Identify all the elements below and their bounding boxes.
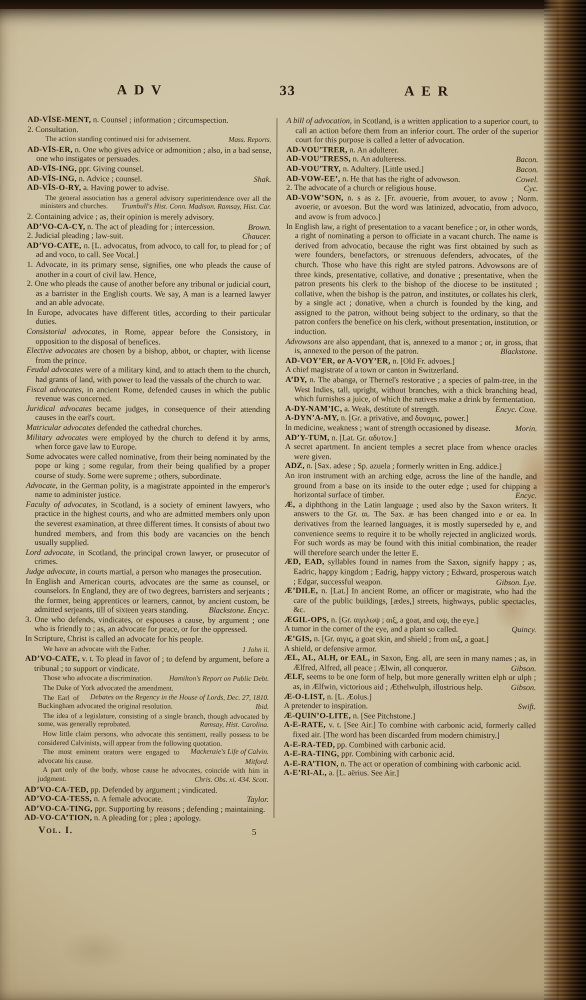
entry-headword: Æ’DILE, xyxy=(284,586,318,595)
dictionary-paragraph: Those who advocate a discrimination.Hami… xyxy=(25,674,269,684)
dictionary-paragraph: An iron instrument with an arching edge,… xyxy=(285,471,537,501)
source-attribution: Ramsay, Hist. Carolina. xyxy=(189,721,269,730)
source-attribution: Taylor. xyxy=(250,795,269,805)
entry-headword: AD’VO-CATE, xyxy=(27,241,82,250)
page-top-shadow xyxy=(0,0,586,9)
dictionary-paragraph: We have an advocate with the Father.1 Jo… xyxy=(25,645,269,655)
entry-headword: AD-VOY’ER, or A-VOY’ER, xyxy=(285,356,390,365)
source-attribution: Morin. xyxy=(518,424,537,434)
italic-lead: Fiscal advocates, xyxy=(26,385,83,394)
entry-headword: A-DY-NAM’IC, xyxy=(285,404,342,413)
dictionary-paragraph: Lord advocate, in Scotland, the principa… xyxy=(26,548,270,568)
dictionary-paragraph: AD-VĪSE-MENT, n. Counsel ; information ;… xyxy=(27,115,271,126)
dictionary-paragraph: Military advocates were employed by the … xyxy=(26,432,270,452)
entry-headword: ÆGIL-OPS, xyxy=(284,615,329,624)
dictionary-paragraph: The Duke of York advocated the amendment… xyxy=(25,684,269,694)
entry-headword: AD-VĪSE-MENT, xyxy=(27,115,91,124)
source-attribution: Hamilton's Report on Public Debt. xyxy=(158,675,269,684)
signature-mark: 5 xyxy=(252,827,257,837)
column-left: AD-VĪSE-MENT, n. Counsel ; information ;… xyxy=(24,115,271,824)
dictionary-paragraph: Judge advocate, in courts martial, a per… xyxy=(25,567,269,578)
book-photograph: ADV 33 AER AD-VĪSE-MENT, n. Counsel ; in… xyxy=(0,0,586,1000)
book-fore-edge xyxy=(544,0,586,1000)
entry-headword: A-E-RA-TED, xyxy=(284,740,335,749)
source-attribution: Quincy. xyxy=(515,625,537,635)
volume-label: Vol. I. xyxy=(38,826,73,836)
source-attribution: Mackenzie's Life of Calvin. xyxy=(180,748,269,757)
source-attribution: Blackstone. xyxy=(503,347,537,357)
dictionary-paragraph: AD-VĪS-O-RY, a. Having power to advise. xyxy=(27,183,271,194)
dictionary-paragraph: ÆD, EAD, syllables found in names from t… xyxy=(284,557,536,587)
source-attribution: Cowel. xyxy=(519,175,538,185)
dictionary-paragraph: 2. One who pleads the cause of another b… xyxy=(27,279,271,309)
entry-headword: ADZ, xyxy=(285,461,305,470)
running-head: ADV 33 AER xyxy=(28,83,542,101)
dictionary-paragraph: A part only of the body, whose cause he … xyxy=(25,766,269,784)
source-attribution: Shak. xyxy=(257,174,272,184)
source-attribution: Mitford. xyxy=(234,758,269,767)
entry-headword: ÆL, AL, ALH, or EAL, xyxy=(284,653,370,662)
dictionary-paragraph: A-E-RATE, v. t. [See Air.] To combine wi… xyxy=(284,720,536,740)
source-attribution: Blackstone. Encyc. xyxy=(212,606,270,616)
dictionary-paragraph: In Scripture, Christ is called an advoca… xyxy=(25,634,269,645)
dictionary-paragraph: 2. Consultation. xyxy=(27,124,271,135)
dictionary-paragraph: In English law, a right of presentation … xyxy=(286,222,538,338)
column-divider xyxy=(273,118,277,818)
source-attribution: Encyc. xyxy=(518,491,537,501)
italic-lead: Feudal advocates xyxy=(26,365,83,374)
source-attribution: Trumbull's Hist. Conn. Madison. Ramsay, … xyxy=(110,203,271,212)
dictionary-paragraph: AD-VĪS-ER, n. One who gives advice or ad… xyxy=(27,145,271,165)
dictionary-paragraph: How little claim persons, who advocate t… xyxy=(25,730,269,748)
source-attribution: Swift. xyxy=(521,702,536,712)
source-attribution: Mass. Reports. xyxy=(217,136,271,145)
entry-headword: AD’Y-TUM, xyxy=(285,433,329,442)
source-attribution: Chaucer. xyxy=(245,232,271,242)
dictionary-paragraph: In English and American courts, advocate… xyxy=(25,576,269,615)
entry-headword: AD’VO-CA-TING, xyxy=(24,804,92,813)
italic-lead: A bill of advocation, xyxy=(286,116,351,125)
italic-lead: Military advocates xyxy=(26,432,88,441)
italic-lead: Advowsons xyxy=(286,337,322,346)
dictionary-paragraph: AD’VO-CATE, v. t. To plead in favor of ;… xyxy=(25,654,269,674)
dictionary-paragraph: In Europe, advocates have different titl… xyxy=(27,308,271,328)
dictionary-paragraph: A bill of advocation, in Scotland, is a … xyxy=(286,116,538,146)
source-attribution: Debates on the Regency in the House of L… xyxy=(79,693,269,702)
text-columns: AD-VĪSE-MENT, n. Counsel ; information ;… xyxy=(24,115,541,825)
dictionary-paragraph: A’DY, n. The abanga, or Thernel's restor… xyxy=(285,375,537,405)
entry-headword: AD-VĪS-ING, xyxy=(27,173,77,182)
entry-headword: A-E’RI-AL, xyxy=(284,768,327,777)
dictionary-paragraph: A secret apartment. In ancient temples a… xyxy=(285,442,537,462)
dictionary-paragraph: Some advocates were called nominative, f… xyxy=(26,452,270,482)
dictionary-paragraph: AD’VO-CATE, n. [L. advocatus, from advoc… xyxy=(27,241,271,261)
entry-headword: AD-VĪS-O-RY, xyxy=(27,183,81,192)
entry-headword: AD-VOW-EE’, xyxy=(286,174,340,183)
header-word-right: AER xyxy=(318,84,542,101)
header-word-left: ADV xyxy=(28,83,258,100)
entry-headword: AD-VOW’SON, xyxy=(286,193,343,202)
entry-headword: ÆD, EAD, xyxy=(285,557,325,566)
entry-headword: A’DY, xyxy=(285,375,307,384)
entry-headword: AD’VO-CA-TESS, xyxy=(25,794,92,803)
dictionary-paragraph: Advowsons are also appendant, that is, a… xyxy=(285,337,537,357)
dictionary-paragraph: 1. Advocate, in its primary sense, signi… xyxy=(27,260,271,280)
italic-lead: Lord advocate, xyxy=(26,548,75,557)
dictionary-paragraph: 3. One who defends, vindicates, or espou… xyxy=(25,615,269,635)
entry-headword: AD-VĪS-ER, xyxy=(27,145,72,154)
entry-headword: A-E-RATE, xyxy=(284,720,326,729)
entry-headword: AD’VO-CATE, xyxy=(25,654,80,663)
dictionary-paragraph: ÆLF, seems to be one form of help, but m… xyxy=(284,672,536,692)
italic-lead: Matricular advocates xyxy=(26,423,95,432)
entry-headword: Æ-O-LIST, xyxy=(284,692,325,701)
entry-headword: AD-VOU’TRESS, xyxy=(286,154,350,163)
italic-lead: Judge advocate, xyxy=(25,567,77,576)
source-attribution: Brown. xyxy=(251,222,271,232)
entry-headword: Æ-QUIN’O-LITE, xyxy=(284,711,351,720)
page-number: 33 xyxy=(258,84,318,100)
dictionary-paragraph: Consistorial advocates, in Rome, appear … xyxy=(26,327,270,347)
italic-lead: Faculty of advocates, xyxy=(26,500,98,509)
entry-headword: AD-VO-CA’TION, xyxy=(24,813,92,822)
source-attribution: Encyc. Coxe. xyxy=(498,405,537,415)
dictionary-paragraph: The general association has a general ad… xyxy=(27,194,271,212)
dictionary-paragraph: A-E’RI-AL, a. [L. aërius. See Air.] xyxy=(284,768,536,779)
dictionary-paragraph: Feudal advocates were of a military kind… xyxy=(26,365,270,385)
dictionary-paragraph: ÆL, AL, ALH, or EAL, in Saxon, Eng. all,… xyxy=(284,653,536,673)
italic-lead: Elective advocates xyxy=(26,346,87,355)
dictionary-paragraph: Advocate, in the German polity, is a mag… xyxy=(26,480,270,500)
source-attribution: Chris. Obs. xi. 434. Scott. xyxy=(184,776,269,785)
dictionary-paragraph: Elective advocates are chosen by a bisho… xyxy=(26,346,270,366)
source-attribution: Gibson. xyxy=(514,664,536,674)
source-attribution: Ibid. xyxy=(245,703,269,712)
source-attribution: Gibson. xyxy=(514,683,536,693)
source-attribution: 1 John ii. xyxy=(231,645,269,654)
entry-headword: Æ, xyxy=(285,500,295,509)
page-content: ADV 33 AER AD-VĪSE-MENT, n. Counsel ; in… xyxy=(24,83,541,838)
entry-headword: ÆLF, xyxy=(284,672,304,681)
entry-headword: AD-VĪS-ING, xyxy=(27,164,77,173)
dictionary-paragraph: Æ, a diphthong in the Latin language ; u… xyxy=(285,500,537,559)
italic-lead: Consistorial advocates, xyxy=(27,327,107,336)
italic-lead: Juridical advocates xyxy=(26,404,92,413)
dictionary-paragraph: AD-VOW’SON, n. s as z. [Fr. avouerie, fr… xyxy=(286,193,538,223)
entry-headword: AD-VOU’TRY, xyxy=(286,164,341,173)
entry-headword: Æ’GIS, xyxy=(284,634,312,643)
entry-headword: A-E-RA-TING, xyxy=(284,749,340,758)
source-attribution: Cyc. xyxy=(527,184,538,194)
dictionary-paragraph: The action standing continued nisi for a… xyxy=(27,135,271,145)
column-right: A bill of advocation, in Scotland, is a … xyxy=(278,116,538,825)
entry-headword: A-DYN’A-MY, xyxy=(285,413,339,422)
source-attribution: Bacon. xyxy=(519,155,538,165)
dictionary-paragraph: Juridical advocates became judges, in co… xyxy=(26,404,270,424)
dictionary-paragraph: The idea of a legislature, consisting of… xyxy=(25,712,269,730)
dictionary-paragraph: Æ’DILE, n. [Lat.] In ancient Rome, an of… xyxy=(284,586,536,616)
entry-headword: A-E-RA’TION, xyxy=(284,759,339,768)
entry-headword: AD-VOU’TRER, xyxy=(286,145,347,154)
entry-headword: AD’VO-CA-CY, xyxy=(27,221,85,230)
dictionary-paragraph: Fiscal advocates, in ancient Rome, defen… xyxy=(26,385,270,405)
italic-lead: Advocate, xyxy=(26,480,58,489)
page-footer: Vol. I. 5 xyxy=(24,826,256,837)
entry-headword: AD’VO-CA-TED, xyxy=(25,784,89,793)
source-attribution: Gibson. Lye. xyxy=(499,577,536,587)
dictionary-paragraph: AD-VO-CA’TION, n. A pleading for ; plea … xyxy=(24,813,268,824)
dictionary-paragraph: Æ’GIS, n. [Gr. αιγις, a goat skin, and s… xyxy=(284,634,536,645)
source-attribution: Bacon. xyxy=(519,165,538,175)
dictionary-paragraph: Faculty of advocates, in Scotland, is a … xyxy=(26,500,270,549)
